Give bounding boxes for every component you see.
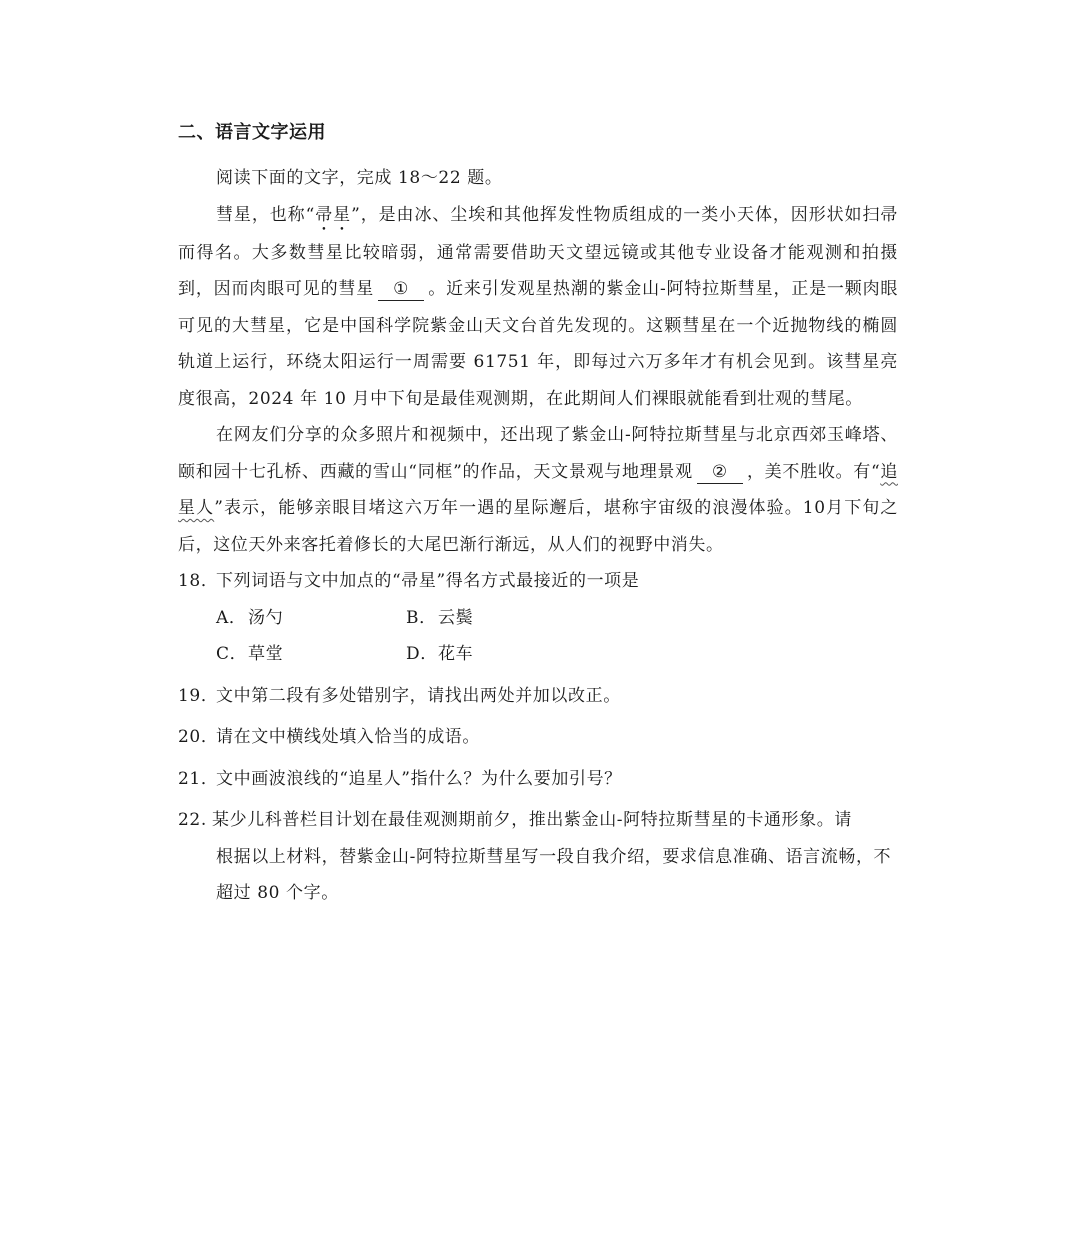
text-segment: ”表示，能够亲眼目堵这六万年一遇的星际邂后，堪称宇宙级的浪漫体验。10月下旬之后… [178, 498, 898, 555]
question-number: 21． [178, 761, 216, 798]
question-22-continuation: 根据以上材料，替紫金山-阿特拉斯彗星写一段自我介绍，要求信息准确、语言流畅，不超… [178, 839, 898, 912]
question-number: 19． [178, 678, 216, 715]
question-21: 21．文中画波浪线的“追星人”指什么？为什么要加引号？ [178, 761, 898, 798]
option-letter: B． [406, 600, 438, 637]
question-18: 18．下列词语与文中加点的“帚星”得名方式最接近的一项是 [178, 563, 898, 600]
text-segment: 彗星，也称“ [216, 205, 315, 225]
intro-instruction: 阅读下面的文字，完成 18～22 题。 [178, 160, 898, 197]
question-19: 19．文中第二段有多处错别字，请找出两处并加以改正。 [178, 678, 898, 715]
text-segment: ，美不胜收。有“ [747, 462, 880, 482]
option-text: 云鬓 [438, 608, 473, 628]
question-text: 请在文中横线处填入恰当的成语。 [216, 727, 480, 747]
blank-1: ① [378, 278, 424, 301]
option-b: B．云鬓 [406, 600, 596, 637]
question-18-options: A．汤勺 B．云鬓 C．草堂 D．花车 [178, 600, 898, 673]
option-c: C．草堂 [216, 636, 406, 673]
document-page: 二、语言文字运用 阅读下面的文字，完成 18～22 题。 彗星，也称“帚星”，是… [178, 118, 898, 912]
question-text: 下列词语与文中加点的“帚星”得名方式最接近的一项是 [216, 571, 639, 591]
emphasized-term: 帚星 [315, 205, 351, 225]
question-22: 22.某少儿科普栏目计划在最佳观测期前夕，推出紫金山-阿特拉斯彗星的卡通形象。请 [178, 802, 898, 839]
question-text: 某少儿科普栏目计划在最佳观测期前夕，推出紫金山-阿特拉斯彗星的卡通形象。请 [212, 810, 852, 830]
question-text: 文中画波浪线的“追星人”指什么？为什么要加引号？ [216, 769, 622, 789]
question-number: 22. [178, 802, 212, 839]
blank-2: ② [697, 461, 743, 484]
passage-paragraph-1: 彗星，也称“帚星”，是由冰、尘埃和其他挥发性物质组成的一类小天体，因形状如扫帚而… [178, 197, 898, 418]
option-letter: D． [406, 636, 438, 673]
option-text: 花车 [438, 644, 473, 664]
question-20: 20．请在文中横线处填入恰当的成语。 [178, 719, 898, 756]
option-d: D．花车 [406, 636, 596, 673]
option-a: A．汤勺 [216, 600, 406, 637]
question-number: 20． [178, 719, 216, 756]
option-letter: C． [216, 636, 248, 673]
section-title: 二、语言文字运用 [178, 118, 898, 148]
question-number: 18． [178, 563, 216, 600]
option-text: 汤勺 [248, 608, 283, 628]
passage-paragraph-2: 在网友们分享的众多照片和视频中，还出现了紫金山-阿特拉斯彗星与北京西郊玉峰塔、颐… [178, 417, 898, 563]
question-text: 文中第二段有多处错别字，请找出两处并加以改正。 [216, 686, 621, 706]
option-text: 草堂 [248, 644, 283, 664]
option-letter: A． [216, 600, 248, 637]
